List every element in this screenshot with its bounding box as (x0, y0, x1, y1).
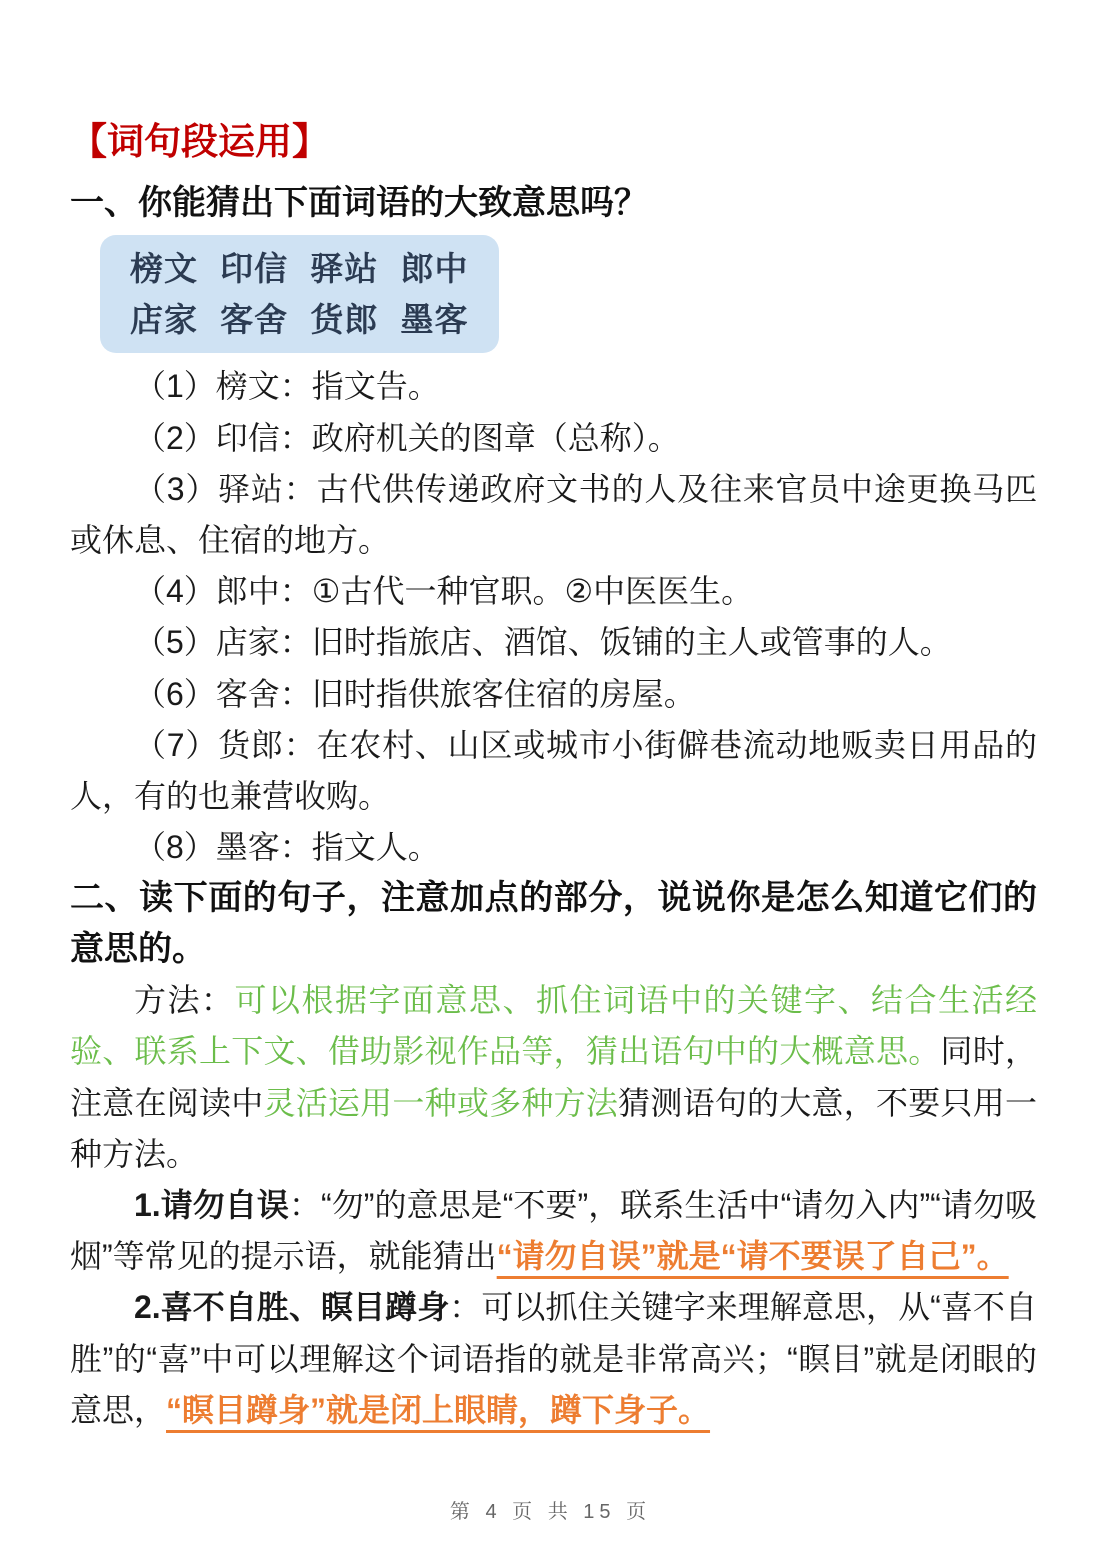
section-header: 【词句段运用】 (70, 118, 1037, 166)
definition-item-8: （8）墨客：指文人。 (70, 822, 1037, 873)
definition-item-6: （6）客舍：旧时指供旅客住宿的房屋。 (70, 669, 1037, 720)
example-2-term: 2.喜不自胜、瞑目蹲身 (134, 1289, 449, 1325)
page-footer: 第 4 页 共 15 页 (0, 1495, 1101, 1524)
definition-item-5: （5）店家：旧时指旅店、酒馆、饭铺的主人或管事的人。 (70, 617, 1037, 668)
method-green-text-2: 灵活运用一种或多种方法 (263, 1085, 618, 1121)
method-paragraph: 方法：可以根据字面意思、抓住词语中的关键字、结合生活经验、联系上下文、借助影视作… (70, 975, 1037, 1180)
question-one-heading: 一、你能猜出下面词语的大致意思吗？ (70, 178, 1037, 229)
word-box: 榜文 印信 驿站 郎中 店家 客舍 货郎 墨客 (100, 235, 499, 353)
example-2-paragraph: 2.喜不自胜、瞑目蹲身：可以抓住关键字来理解意思，从“喜不自胜”的“喜”中可以理… (70, 1282, 1037, 1436)
definition-item-3: （3）驿站：古代供传递政府文书的人及往来官员中途更换马匹或休息、住宿的地方。 (70, 464, 1037, 566)
question-two-heading: 二、读下面的句子，注意加点的部分，说说你是怎么知道它们的意思的。 (70, 873, 1037, 975)
example-1-answer: “请勿自误”就是“请不要误了自己”。 (497, 1238, 1009, 1274)
definition-item-4: （4）郎中：①古代一种官职。②中医医生。 (70, 566, 1037, 617)
example-2-answer: “瞑目蹲身”就是闭上眼睛，蹲下身子。 (166, 1392, 710, 1428)
word-box-line-2: 店家 客舍 货郎 墨客 (130, 294, 469, 345)
example-1-term: 1.请勿自误 (134, 1187, 289, 1223)
method-label: 方法： (134, 982, 235, 1018)
definition-item-2: （2）印信：政府机关的图章（总称）。 (70, 413, 1037, 464)
example-1-paragraph: 1.请勿自误：“勿”的意思是“不要”，联系生活中“请勿入内”“请勿吸烟”等常见的… (70, 1180, 1037, 1282)
word-box-line-1: 榜文 印信 驿站 郎中 (130, 243, 469, 294)
worksheet-page: 【词句段运用】 一、你能猜出下面词语的大致意思吗？ 榜文 印信 驿站 郎中 店家… (0, 0, 1101, 1558)
definition-item-7: （7）货郎：在农村、山区或城市小街僻巷流动地贩卖日用品的人，有的也兼营收购。 (70, 720, 1037, 822)
definition-item-1: （1）榜文：指文告。 (70, 361, 1037, 412)
